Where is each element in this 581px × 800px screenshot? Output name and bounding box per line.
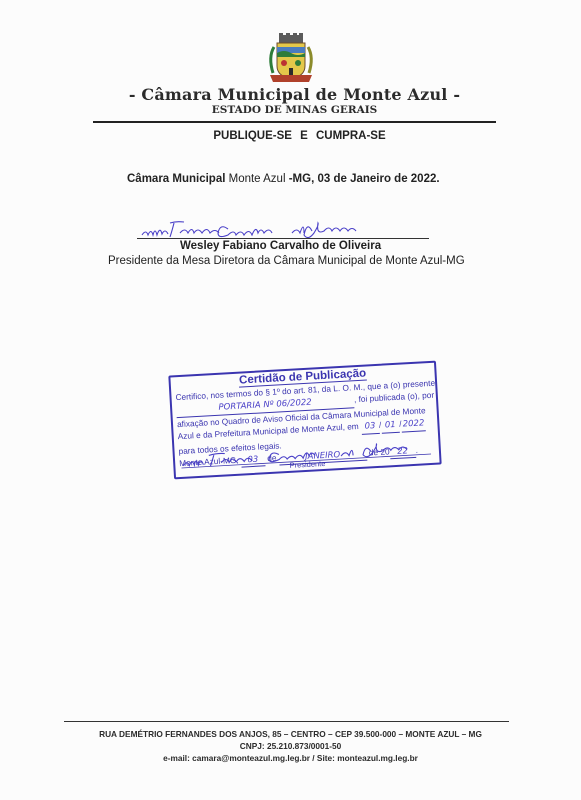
stamp-pub-year: 2022 [401, 418, 426, 433]
publish-heading: PUBLIQUE-SE E CUMPRA-SE [0, 130, 581, 142]
footer-contact: e-mail: camara@monteazul.mg.leg.br / Sit… [0, 753, 581, 763]
stamp-pub-month: 01 [381, 419, 400, 433]
organization-name: - Câmara Municipal de Monte Azul - [0, 85, 581, 104]
footer-address: RUA DEMÉTRIO FERNANDES DOS ANJOS, 85 – C… [0, 729, 581, 739]
footer-divider [64, 721, 509, 722]
dateline-org: Câmara Municipal [127, 173, 225, 185]
dateline-date: -MG, 03 de Janeiro de 2022. [289, 173, 440, 185]
state-name: ESTADO DE MINAS GERAIS [0, 104, 581, 116]
stamp-pub-day: 03 [361, 420, 380, 434]
header-divider [93, 121, 496, 123]
signature-line [137, 238, 429, 239]
dateline: Câmara Municipal Monte Azul -MG, 03 de J… [127, 173, 440, 185]
signer-role: Presidente da Mesa Diretora da Câmara Mu… [108, 255, 465, 267]
dateline-city: Monte Azul [225, 173, 288, 185]
signer-name: Wesley Fabiano Carvalho de Oliveira [180, 240, 381, 252]
publication-certificate-stamp: Certidão de Publicação Certifico, nos te… [168, 361, 441, 480]
coat-of-arms-icon [262, 33, 320, 85]
footer-cnpj: CNPJ: 25.210.873/0001-50 [0, 741, 581, 751]
